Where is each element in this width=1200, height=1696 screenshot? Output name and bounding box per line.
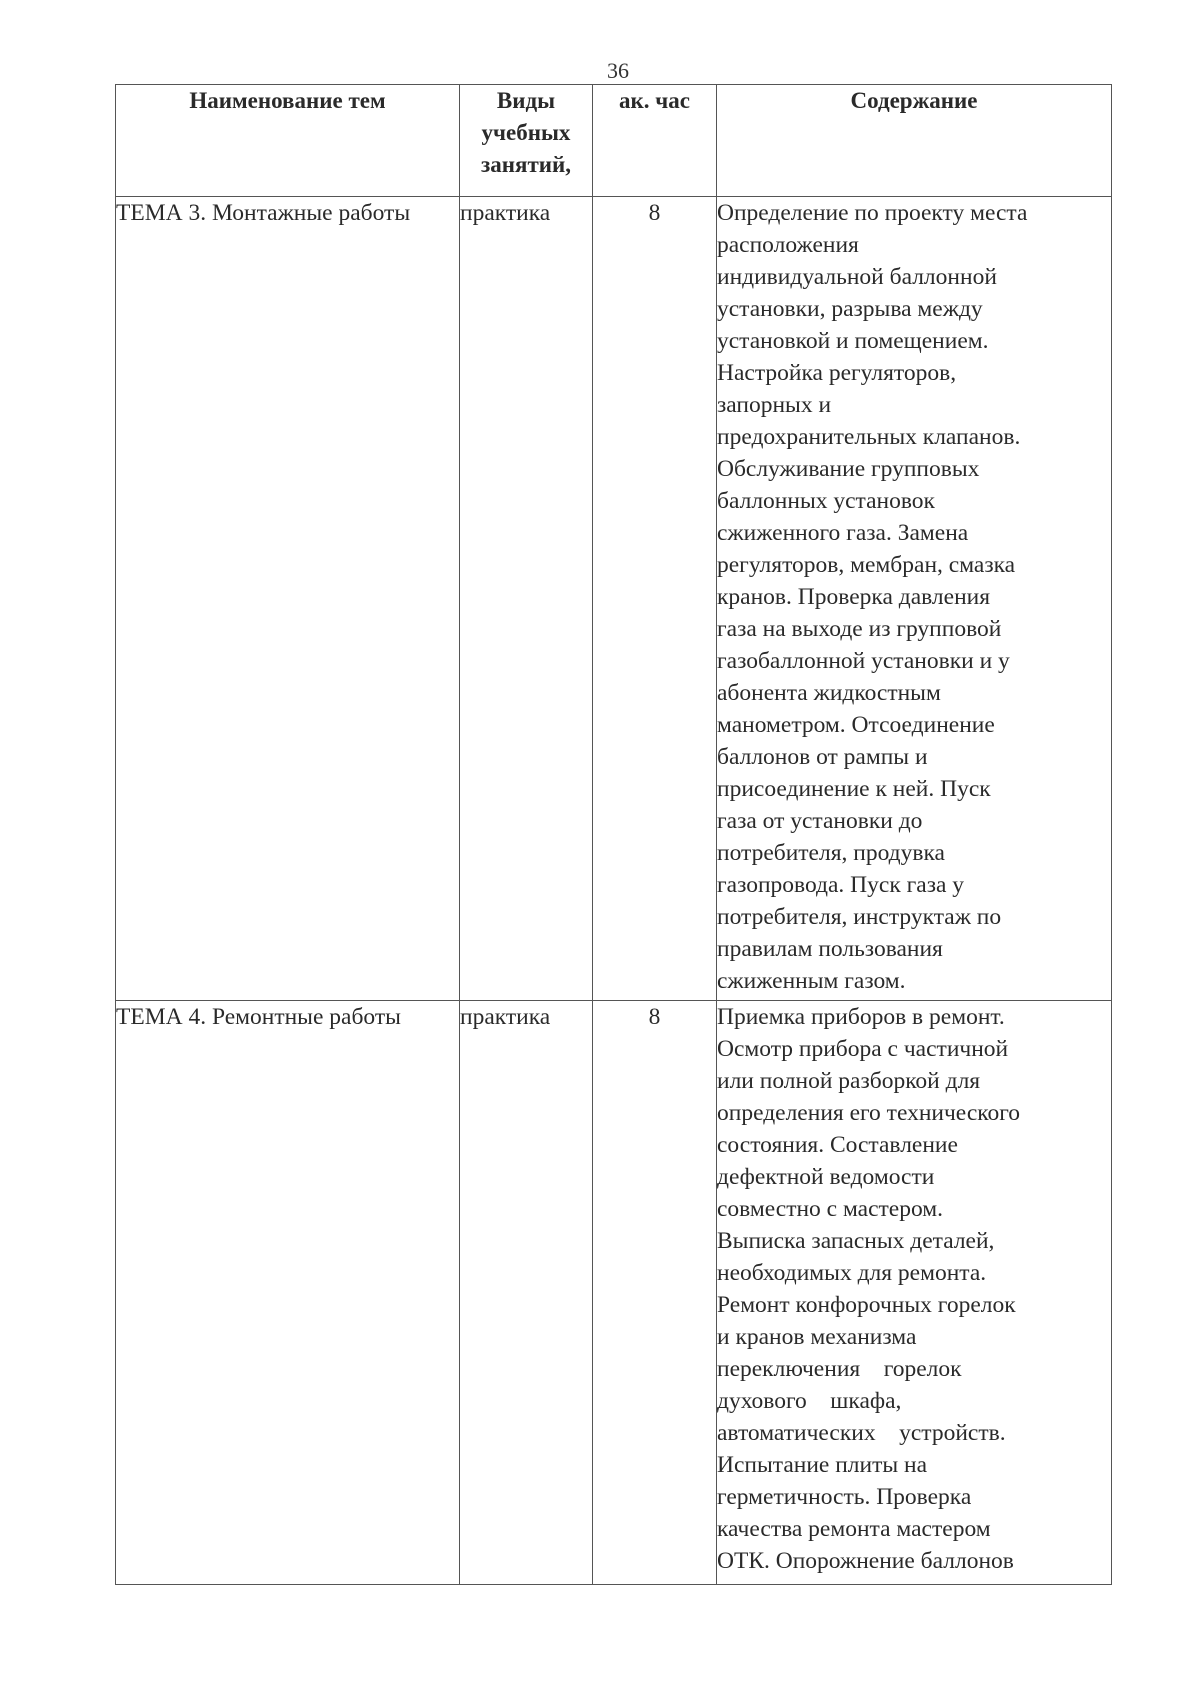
- table-header-row: Наименование тем Виды учебных занятий, а…: [116, 85, 1112, 197]
- content-line: газобаллонной установки и у: [717, 645, 1111, 677]
- content-line: Испытание плиты на: [717, 1449, 1111, 1481]
- content-line: установкой и помещением.: [717, 325, 1111, 357]
- content-line: баллонных установок: [717, 485, 1111, 517]
- content-cell: Определение по проекту местарасположения…: [717, 197, 1112, 1001]
- hours-cell: 8: [593, 197, 717, 1001]
- topic-cell: ТЕМА 3. Монтажные работы: [116, 197, 460, 1001]
- content-line: качества ремонта мастером: [717, 1513, 1111, 1545]
- content-line: духового шкафа,: [717, 1385, 1111, 1417]
- content-line: потребителя, инструктаж по: [717, 901, 1111, 933]
- content-line: Настройка регуляторов,: [717, 357, 1111, 389]
- header-content: Содержание: [717, 85, 1112, 197]
- topic-cell: ТЕМА 4. Ремонтные работы: [116, 1001, 460, 1585]
- content-line: регуляторов, мембран, смазка: [717, 549, 1111, 581]
- content-line: потребителя, продувка: [717, 837, 1111, 869]
- content-line: переключения горелок: [717, 1353, 1111, 1385]
- content-line: установки, разрыва между: [717, 293, 1111, 325]
- page-number: 36: [0, 58, 1200, 84]
- content-line: и кранов механизма: [717, 1321, 1111, 1353]
- content-line: присоединение к ней. Пуск: [717, 773, 1111, 805]
- content-line: Приемка приборов в ремонт.: [717, 1001, 1111, 1033]
- content-line: совместно с мастером.: [717, 1193, 1111, 1225]
- content-line: Определение по проекту места: [717, 197, 1111, 229]
- lesson-kind-cell: практика: [460, 1001, 593, 1585]
- content-line: дефектной ведомости: [717, 1161, 1111, 1193]
- header-topic-name: Наименование тем: [116, 85, 460, 197]
- content-line: кранов. Проверка давления: [717, 581, 1111, 613]
- content-line: ОТК. Опорожнение баллонов: [717, 1545, 1111, 1577]
- table-row: ТЕМА 4. Ремонтные работы практика 8 Прие…: [116, 1001, 1112, 1585]
- content-line: газа на выходе из групповой: [717, 613, 1111, 645]
- content-line: или полной разборкой для: [717, 1065, 1111, 1097]
- content-line: Обслуживание групповых: [717, 453, 1111, 485]
- content-line: правилам пользования: [717, 933, 1111, 965]
- header-lesson-kind: Виды учебных занятий,: [460, 85, 593, 197]
- content-line: Выписка запасных деталей,: [717, 1225, 1111, 1257]
- content-line: состояния. Составление: [717, 1129, 1111, 1161]
- content-line: баллонов от рампы и: [717, 741, 1111, 773]
- content-cell: Приемка приборов в ремонт.Осмотр прибора…: [717, 1001, 1112, 1585]
- content-line: предохранительных клапанов.: [717, 421, 1111, 453]
- table-row: ТЕМА 3. Монтажные работы практика 8 Опре…: [116, 197, 1112, 1001]
- content-line: абонента жидкостным: [717, 677, 1111, 709]
- content-line: газа от установки до: [717, 805, 1111, 837]
- content-line: Ремонт конфорочных горелок: [717, 1289, 1111, 1321]
- content-line: индивидуальной баллонной: [717, 261, 1111, 293]
- curriculum-table: Наименование тем Виды учебных занятий, а…: [115, 84, 1112, 1585]
- content-line: газопровода. Пуск газа у: [717, 869, 1111, 901]
- content-line: автоматических устройств.: [717, 1417, 1111, 1449]
- content-line: Осмотр прибора с частичной: [717, 1033, 1111, 1065]
- content-line: манометром. Отсоединение: [717, 709, 1111, 741]
- lesson-kind-cell: практика: [460, 197, 593, 1001]
- content-line: сжиженным газом.: [717, 965, 1111, 997]
- content-line: расположения: [717, 229, 1111, 261]
- content-line: определения его технического: [717, 1097, 1111, 1129]
- content-line: сжиженного газа. Замена: [717, 517, 1111, 549]
- hours-cell: 8: [593, 1001, 717, 1585]
- content-line: запорных и: [717, 389, 1111, 421]
- content-line: герметичность. Проверка: [717, 1481, 1111, 1513]
- header-academic-hours: ак. час: [593, 85, 717, 197]
- content-line: необходимых для ремонта.: [717, 1257, 1111, 1289]
